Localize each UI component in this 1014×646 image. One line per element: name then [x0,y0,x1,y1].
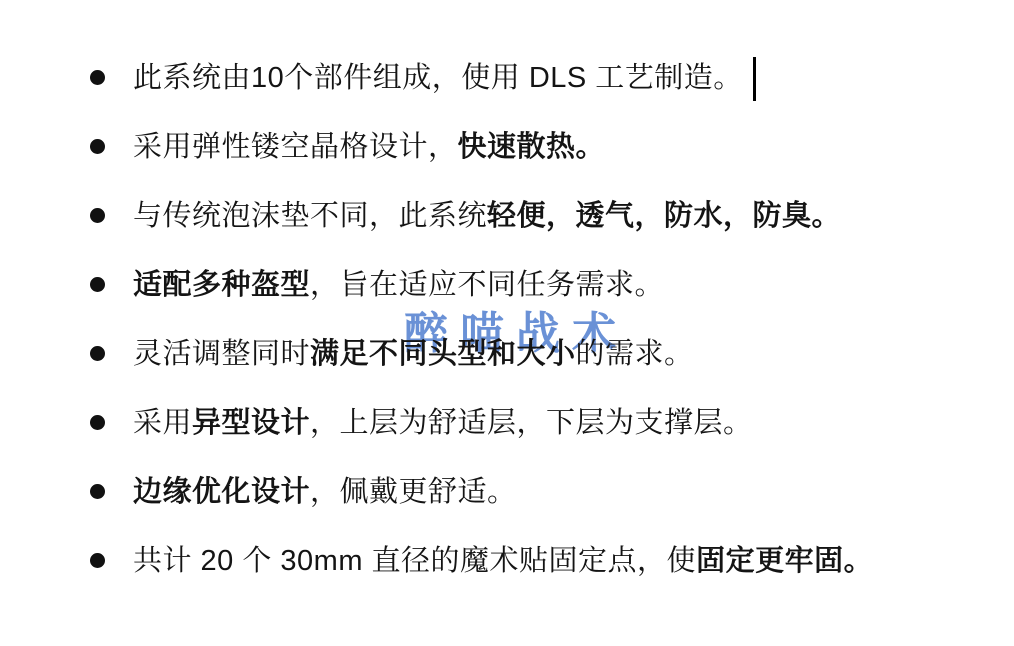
text-segment: ，佩戴更舒适。 [310,476,517,508]
bullet-text[interactable]: 采用弹性镂空晶格设计，快速散热。 [133,129,605,165]
list-item: 灵活调整同时满足不同头型和大小的需求。 [0,336,1014,372]
text-segment-bold: 边缘优化设计 [133,476,310,508]
text-cursor [753,57,756,101]
bullet-icon [90,70,105,85]
text-segment: 采用弹性镂空晶格设计， [133,131,458,163]
text-segment: 与传统泡沫垫不同，此系统 [133,200,487,232]
text-segment: 灵活调整同时 [133,338,310,370]
bullet-icon [90,208,105,223]
document-page: 醉喵战术 此系统由10个部件组成，使用 DLS 工艺制造。采用弹性镂空晶格设计，… [0,0,1014,646]
bullet-text[interactable]: 此系统由10个部件组成，使用 DLS 工艺制造。 [133,60,756,96]
bullet-text[interactable]: 与传统泡沫垫不同，此系统轻便，透气，防水，防臭。 [133,198,841,234]
text-segment-bold: 轻便，透气，防水，防臭。 [487,200,841,232]
text-segment-bold: 异型设计 [192,407,310,439]
text-segment: 采用 [133,407,192,439]
bullet-text[interactable]: 适配多种盔型，旨在适应不同任务需求。 [133,267,664,303]
list-item: 边缘优化设计，佩戴更舒适。 [0,474,1014,510]
bullet-list: 此系统由10个部件组成，使用 DLS 工艺制造。采用弹性镂空晶格设计，快速散热。… [0,0,1014,579]
bullet-text[interactable]: 边缘优化设计，佩戴更舒适。 [133,474,517,510]
text-segment-bold: 固定更牢固。 [696,545,873,577]
text-segment: ，旨在适应不同任务需求。 [310,269,664,301]
bullet-text[interactable]: 采用异型设计，上层为舒适层，下层为支撑层。 [133,405,753,441]
text-segment: 的需求。 [576,338,694,370]
list-item: 共计 20 个 30mm 直径的魔术贴固定点，使固定更牢固。 [0,543,1014,579]
bullet-icon [90,484,105,499]
list-item: 适配多种盔型，旨在适应不同任务需求。 [0,267,1014,303]
list-item: 采用异型设计，上层为舒适层，下层为支撑层。 [0,405,1014,441]
bullet-icon [90,415,105,430]
list-item: 此系统由10个部件组成，使用 DLS 工艺制造。 [0,60,1014,96]
text-segment: 此系统由10个部件组成，使用 DLS 工艺制造。 [133,62,743,94]
bullet-text[interactable]: 共计 20 个 30mm 直径的魔术贴固定点，使固定更牢固。 [133,543,873,579]
text-segment: 共计 20 个 30mm 直径的魔术贴固定点，使 [133,545,696,577]
bullet-icon [90,553,105,568]
bullet-icon [90,277,105,292]
text-segment: ，上层为舒适层，下层为支撑层。 [310,407,753,439]
list-item: 与传统泡沫垫不同，此系统轻便，透气，防水，防臭。 [0,198,1014,234]
text-segment-bold: 快速散热。 [458,131,606,163]
text-segment-bold: 适配多种盔型 [133,269,310,301]
bullet-text[interactable]: 灵活调整同时满足不同头型和大小的需求。 [133,336,694,372]
bullet-icon [90,346,105,361]
text-segment-bold: 满足不同头型和大小 [310,338,576,370]
bullet-icon [90,139,105,154]
list-item: 采用弹性镂空晶格设计，快速散热。 [0,129,1014,165]
